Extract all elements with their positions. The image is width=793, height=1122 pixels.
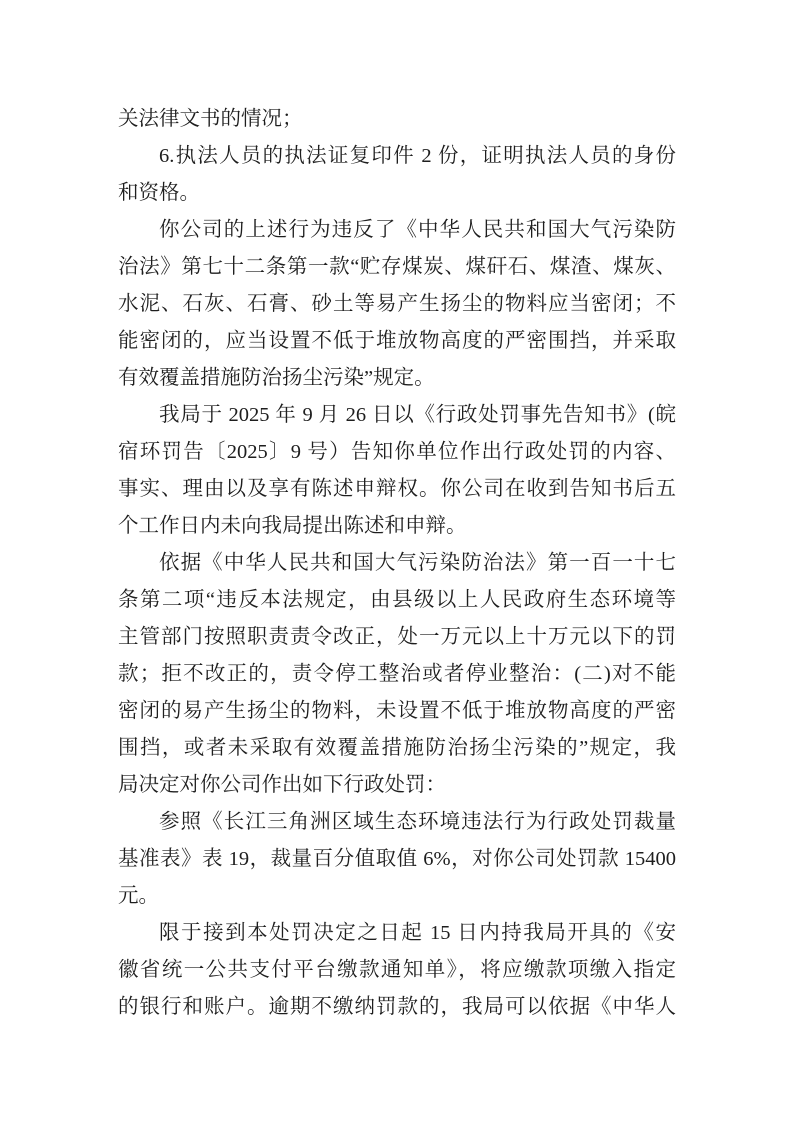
text-line: 你公司的上述行为违反了《中华人民共和国大气污染防: [118, 212, 676, 249]
text-line: 我局于 2025 年 9 月 26 日以《行政处罚事先告知书》(皖: [118, 397, 676, 434]
paragraph: 6.执法人员的执法证复印件 2 份，证明执法人员的身份和资格。: [118, 138, 676, 212]
paragraph: 关法律文书的情况；: [118, 101, 676, 138]
text-line: 和资格。: [118, 175, 676, 212]
text-line: 关法律文书的情况；: [118, 101, 676, 138]
text-line: 治法》第七十二条第一款“贮存煤炭、煤矸石、煤渣、煤灰、: [118, 249, 676, 286]
document-page: 关法律文书的情况；6.执法人员的执法证复印件 2 份，证明执法人员的身份和资格。…: [0, 0, 793, 1122]
text-line: 的银行和账户。逾期不缴纳罚款的，我局可以依据《中华人: [118, 989, 676, 1026]
paragraph: 参照《长江三角洲区域生态环境违法行为行政处罚裁量基准表》表 19，裁量百分值取值…: [118, 804, 676, 915]
text-line: 主管部门按照职责责令改正，处一万元以上十万元以下的罚: [118, 619, 676, 656]
text-line: 参照《长江三角洲区域生态环境违法行为行政处罚裁量: [118, 804, 676, 841]
text-line: 款；拒不改正的，责令停工整治或者停业整治：(二)对不能: [118, 656, 676, 693]
text-line: 依据《中华人民共和国大气污染防治法》第一百一十七: [118, 545, 676, 582]
paragraph: 依据《中华人民共和国大气污染防治法》第一百一十七条第二项“违反本法规定，由县级以…: [118, 545, 676, 804]
text-line: 6.执法人员的执法证复印件 2 份，证明执法人员的身份: [118, 138, 676, 175]
paragraph: 你公司的上述行为违反了《中华人民共和国大气污染防治法》第七十二条第一款“贮存煤炭…: [118, 212, 676, 397]
document-body: 关法律文书的情况；6.执法人员的执法证复印件 2 份，证明执法人员的身份和资格。…: [118, 101, 676, 1026]
text-line: 元。: [118, 878, 676, 915]
paragraph: 限于接到本处罚决定之日起 15 日内持我局开具的《安徽省统一公共支付平台缴款通知…: [118, 915, 676, 1026]
text-line: 水泥、石灰、石膏、砂土等易产生扬尘的物料应当密闭；不: [118, 286, 676, 323]
text-line: 条第二项“违反本法规定，由县级以上人民政府生态环境等: [118, 582, 676, 619]
text-line: 基准表》表 19，裁量百分值取值 6%，对你公司处罚款 15400: [118, 841, 676, 878]
paragraph: 我局于 2025 年 9 月 26 日以《行政处罚事先告知书》(皖宿环罚告〔20…: [118, 397, 676, 545]
text-line: 限于接到本处罚决定之日起 15 日内持我局开具的《安: [118, 915, 676, 952]
text-line: 局决定对你公司作出如下行政处罚：: [118, 767, 676, 804]
text-line: 围挡，或者未采取有效覆盖措施防治扬尘污染的”规定，我: [118, 730, 676, 767]
text-line: 个工作日内未向我局提出陈述和申辩。: [118, 508, 676, 545]
text-line: 能密闭的，应当设置不低于堆放物高度的严密围挡，并采取: [118, 323, 676, 360]
text-line: 徽省统一公共支付平台缴款通知单》，将应缴款项缴入指定: [118, 952, 676, 989]
text-line: 密闭的易产生扬尘的物料，未设置不低于堆放物高度的严密: [118, 693, 676, 730]
text-line: 宿环罚告〔2025〕9 号）告知你单位作出行政处罚的内容、: [118, 434, 676, 471]
text-line: 有效覆盖措施防治扬尘污染”规定。: [118, 360, 676, 397]
text-line: 事实、理由以及享有陈述申辩权。你公司在收到告知书后五: [118, 471, 676, 508]
